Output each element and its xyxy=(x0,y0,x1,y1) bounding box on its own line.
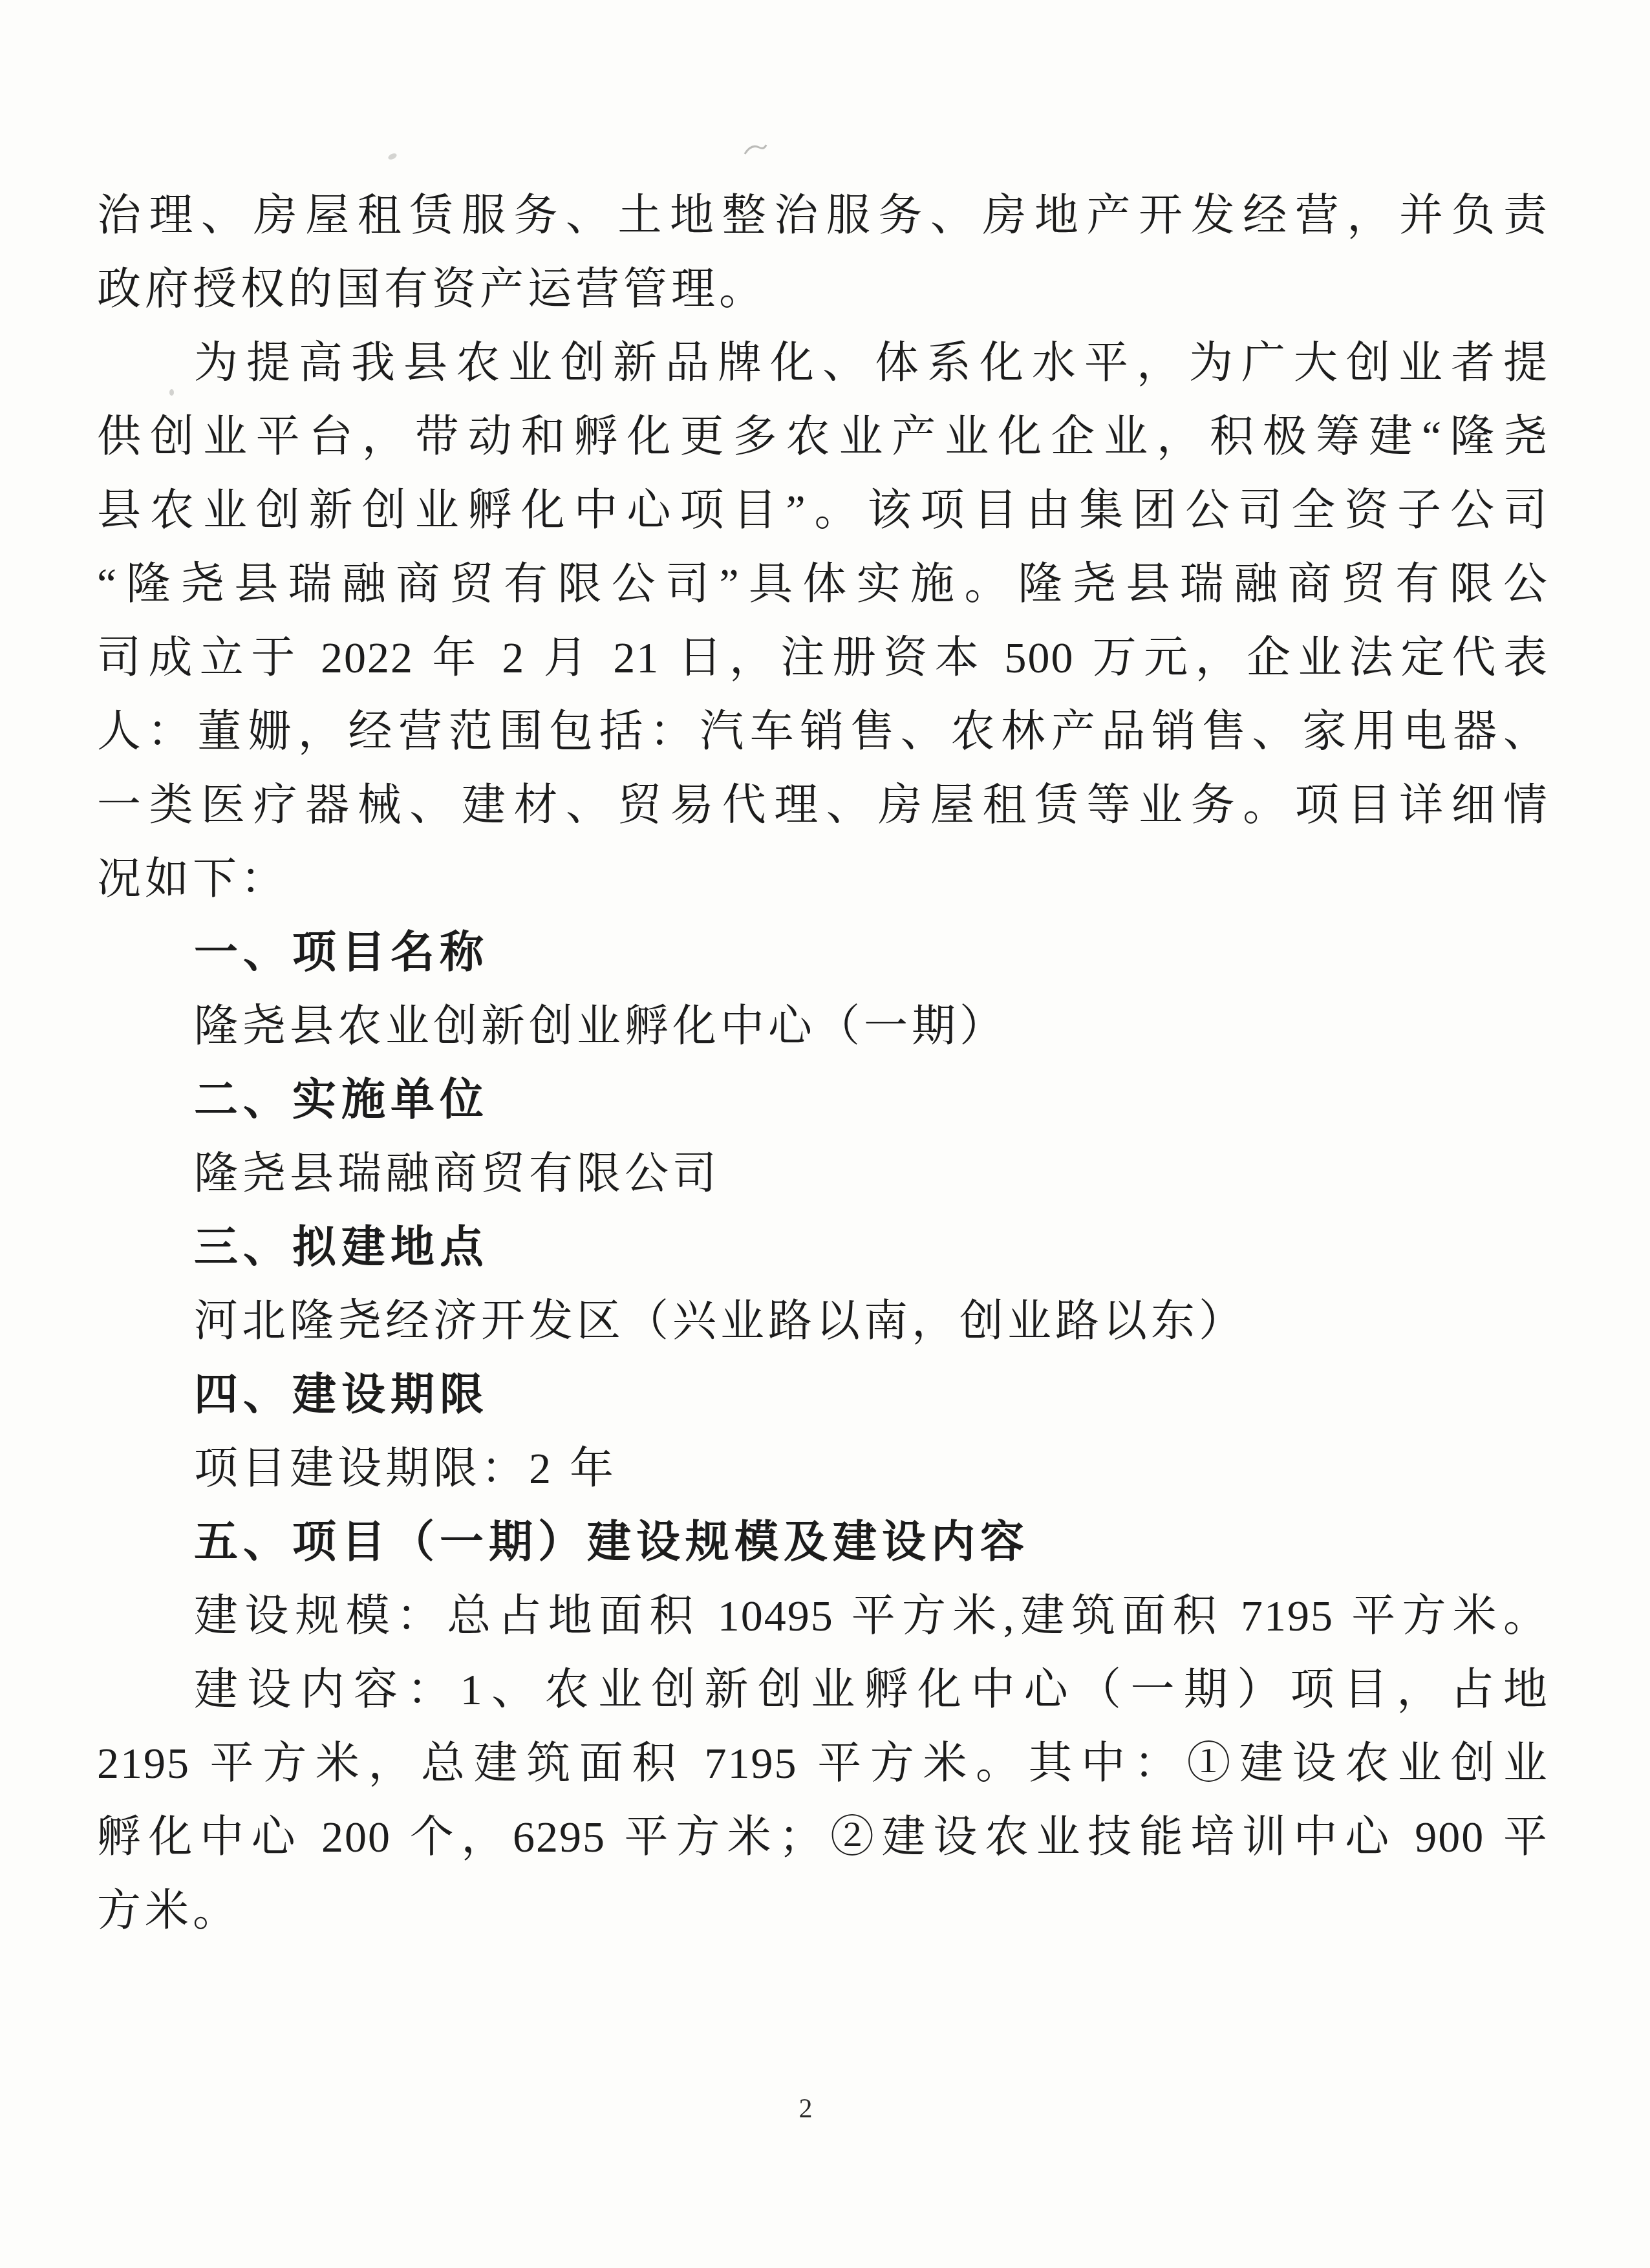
scan-artifact xyxy=(387,152,398,160)
text-line: 治理、房屋租赁服务、土地整治服务、房地产开发经营，并负责 xyxy=(97,178,1548,252)
section-heading: 二、实施单位 xyxy=(97,1063,1548,1137)
text-line: 建设规模：总占地面积 10495 平方米,建筑面积 7195 平方米。 xyxy=(97,1579,1548,1653)
text-line: “隆尧县瑞融商贸有限公司”具体实施。隆尧县瑞融商贸有限公 xyxy=(97,547,1548,621)
section-heading: 一、项目名称 xyxy=(97,915,1548,989)
scanned-document-page: 治理、房屋租赁服务、土地整治服务、房地产开发经营，并负责政府授权的国有资产运营管… xyxy=(0,0,1650,2268)
page-number: 2 xyxy=(0,2093,1611,2124)
text-line: 供创业平台，带动和孵化更多农业产业化企业，积极筹建“隆尧 xyxy=(97,400,1548,473)
text-line: 人：董姗，经营范围包括：汽车销售、农林产品销售、家用电器、 xyxy=(97,694,1548,768)
section-heading: 四、建设期限 xyxy=(97,1358,1548,1431)
text-line: 一类医疗器械、建材、贸易代理、房屋租赁等业务。项目详细情 xyxy=(97,768,1548,842)
text-line: 况如下： xyxy=(97,842,1548,915)
text-line: 政府授权的国有资产运营管理。 xyxy=(97,252,1548,326)
text-line: 隆尧县瑞融商贸有限公司 xyxy=(97,1137,1548,1210)
section-heading: 三、拟建地点 xyxy=(97,1210,1548,1284)
text-line: 司成立于 2022 年 2 月 21 日，注册资本 500 万元，企业法定代表 xyxy=(97,621,1548,694)
section-heading: 五、项目（一期）建设规模及建设内容 xyxy=(97,1505,1548,1579)
scan-artifact xyxy=(742,141,768,159)
text-line: 隆尧县农业创新创业孵化中心（一期） xyxy=(97,989,1548,1063)
text-line: 县农业创新创业孵化中心项目”。该项目由集团公司全资子公司 xyxy=(97,473,1548,547)
text-line: 河北隆尧经济开发区（兴业路以南，创业路以东） xyxy=(97,1284,1548,1358)
text-line: 建设内容：1、农业创新创业孵化中心（一期）项目，占地 xyxy=(97,1653,1548,1726)
text-line: 方米。 xyxy=(97,1874,1548,1947)
text-line: 为提高我县农业创新品牌化、体系化水平，为广大创业者提 xyxy=(97,326,1548,400)
document-text: 治理、房屋租赁服务、土地整治服务、房地产开发经营，并负责政府授权的国有资产运营管… xyxy=(97,178,1548,1947)
text-line: 2195 平方米，总建筑面积 7195 平方米。其中：①建设农业创业 xyxy=(97,1726,1548,1800)
text-line: 孵化中心 200 个，6295 平方米；②建设农业技能培训中心 900 平 xyxy=(97,1800,1548,1874)
text-line: 项目建设期限：2 年 xyxy=(97,1431,1548,1505)
